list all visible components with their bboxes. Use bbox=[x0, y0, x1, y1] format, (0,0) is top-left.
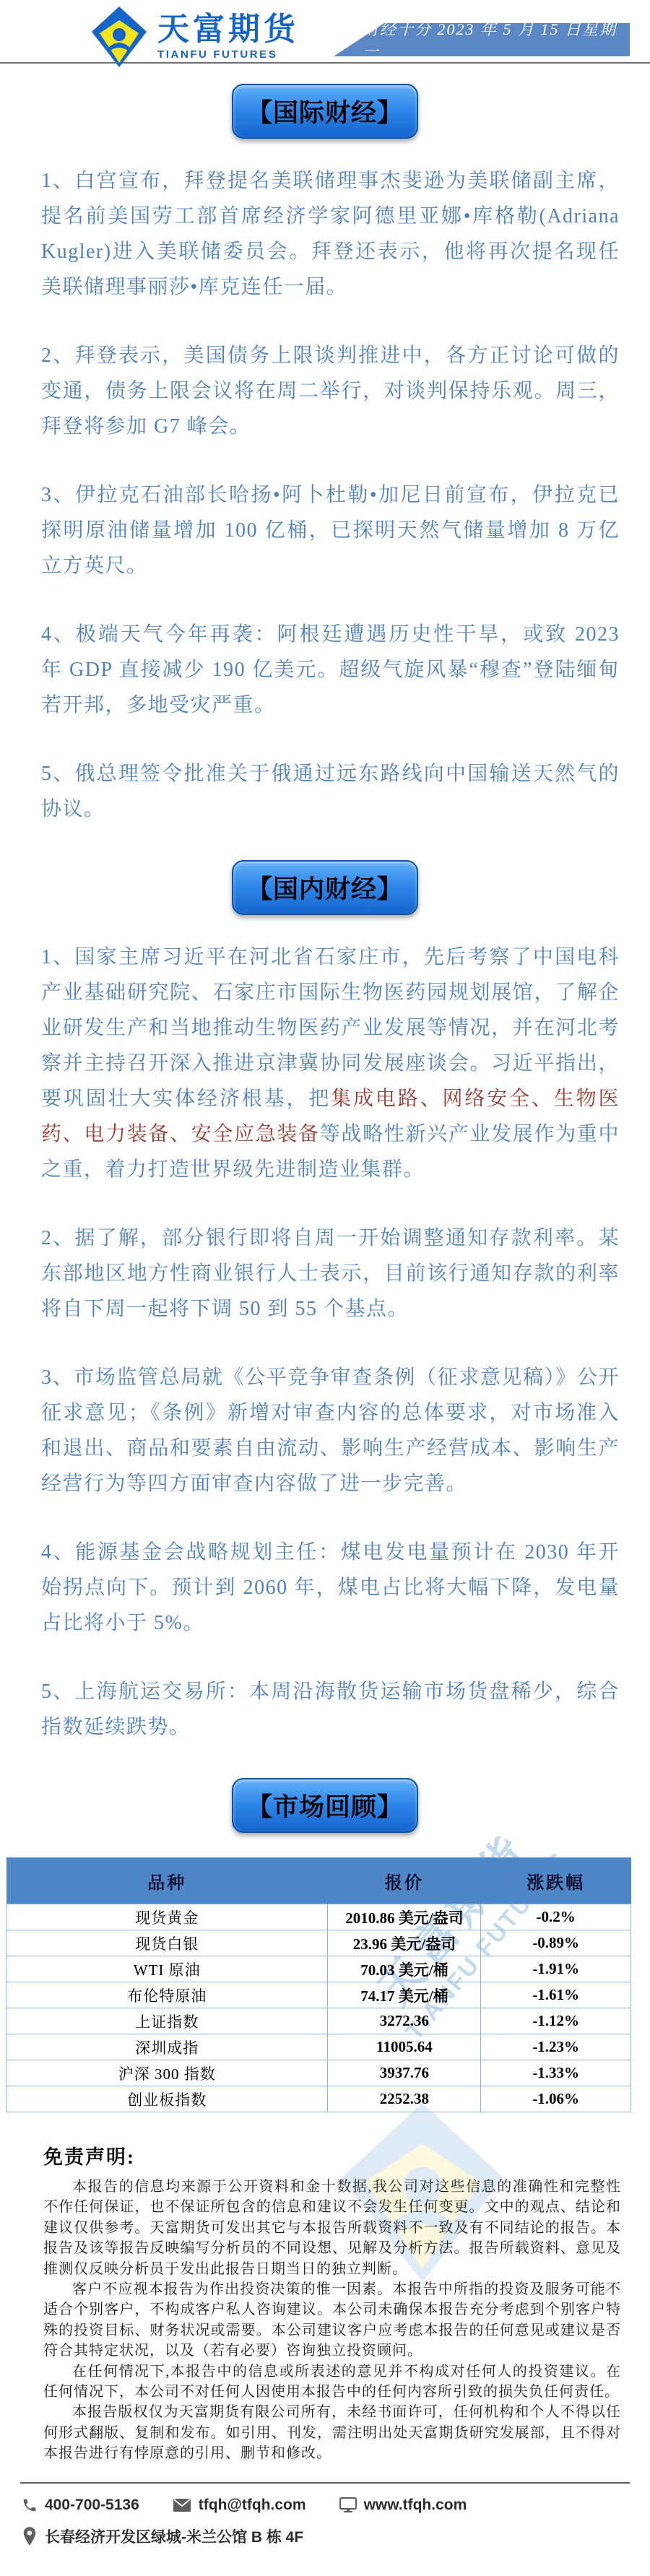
date-banner-text: 财经十分 2023 年 5 月 15 日星期一 bbox=[334, 17, 630, 62]
cell-variety: WTI 原油 bbox=[6, 1956, 328, 1982]
logo-name-en: TIANFU FUTURES bbox=[157, 48, 299, 61]
logo-name-cn: 天富期货 bbox=[157, 13, 299, 46]
financial-daily-report: { "header": { "logo_cn": "天富期货", "logo_e… bbox=[0, 0, 650, 2576]
disclaimer-paragraph: 本报告版权仅为天富期货有限公司所有，未经书面许可，任何机构和个人不得以任何形式翻… bbox=[43, 2402, 621, 2463]
phone-number: 400-700-5136 bbox=[45, 2497, 139, 2514]
table-row: 沪深 300 指数3937.76-1.33% bbox=[6, 2060, 631, 2086]
disclaimer-paragraphs: 本报告的信息均来源于公开资料和金十数据,我公司对这些信息的准确性和完整性不作任何… bbox=[43, 2177, 621, 2463]
phone-icon bbox=[22, 2497, 38, 2513]
cell-change: -1.23% bbox=[481, 2034, 631, 2060]
company-logo: 天富期货 TIANFU FUTURES bbox=[91, 6, 299, 68]
website-url: www.tfqh.com bbox=[364, 2497, 467, 2514]
table-row: WTI 原油70.03 美元/桶-1.91% bbox=[6, 1956, 631, 1982]
contact-block: 400-700-5136 tfqh@tfqh.com www.tfqh.com bbox=[0, 2484, 650, 2547]
disclaimer-title: 免责声明: bbox=[43, 2141, 621, 2169]
cell-variety: 现货黄金 bbox=[6, 1904, 328, 1930]
cell-change: -1.91% bbox=[481, 1956, 631, 1982]
news-paragraph: 4、能源基金会战略规划主任：煤电发电量预计在 2030 年开始拐点向下。预计到 … bbox=[41, 1535, 620, 1641]
section-title-market-review[interactable]: 【市场回顾】 bbox=[232, 1778, 418, 1833]
cell-variety: 深圳成指 bbox=[6, 2034, 328, 2060]
contact-row-main: 400-700-5136 tfqh@tfqh.com www.tfqh.com bbox=[22, 2497, 650, 2514]
phone-item: 400-700-5136 bbox=[22, 2497, 139, 2514]
table-row: 上证指数3272.36-1.12% bbox=[6, 2008, 631, 2034]
disclaimer-paragraph: 客户不应视本报告为作出投资决策的惟一因素。本报告中所指的投资及服务可能不适合个别… bbox=[43, 2279, 621, 2362]
cell-change: -1.61% bbox=[481, 1982, 631, 2008]
date-banner: 财经十分 2023 年 5 月 15 日星期一 bbox=[334, 23, 630, 56]
market-table-body: 现货黄金2010.86 美元/盎司-0.2%现货白银23.96 美元/盎司-0.… bbox=[6, 1904, 631, 2112]
envelope-icon bbox=[173, 2498, 191, 2512]
table-row: 创业板指数2252.38-1.06% bbox=[6, 2086, 631, 2112]
cell-change: -0.89% bbox=[481, 1930, 631, 1956]
table-header-row: 品种 报价 涨跌幅 bbox=[6, 1857, 631, 1904]
news-paragraph: 3、伊拉克石油部长哈扬•阿卜杜勒•加尼日前宣布，伊拉克已探明原油储量增加 100… bbox=[41, 477, 620, 584]
disclaimer-paragraph: 本报告的信息均来源于公开资料和金十数据,我公司对这些信息的准确性和完整性不作任何… bbox=[43, 2177, 621, 2279]
cell-quote: 74.17 美元/桶 bbox=[328, 1982, 481, 2008]
news-paragraph: 2、据了解，部分银行即将自周一开始调整通知存款利率。某东部地区地方性商业银行人士… bbox=[41, 1220, 620, 1327]
news-paragraph: 1、白宫宣布，拜登提名美联储理事杰斐逊为美联储副主席，提名前美国劳工部首席经济学… bbox=[41, 163, 620, 305]
email-item[interactable]: tfqh@tfqh.com bbox=[173, 2497, 306, 2514]
cell-quote: 3272.36 bbox=[328, 2008, 481, 2034]
tianfu-diamond-logo-icon bbox=[91, 6, 147, 68]
section-title-label: 【国际财经】 bbox=[247, 93, 403, 129]
international-news-list: 1、白宫宣布，拜登提名美联储理事杰斐逊为美联储副主席，提名前美国劳工部首席经济学… bbox=[0, 163, 650, 827]
website-item[interactable]: www.tfqh.com bbox=[339, 2497, 467, 2514]
cell-quote: 23.96 美元/盎司 bbox=[328, 1930, 481, 1956]
cell-variety: 上证指数 bbox=[6, 2008, 328, 2034]
table-row: 现货黄金2010.86 美元/盎司-0.2% bbox=[6, 1904, 631, 1930]
page-header: 天富期货 TIANFU FUTURES 财经十分 2023 年 5 月 15 日… bbox=[0, 0, 650, 62]
cell-change: -1.06% bbox=[481, 2086, 631, 2112]
cell-change: -0.2% bbox=[481, 1904, 631, 1930]
cell-quote: 70.03 美元/桶 bbox=[328, 1956, 481, 1982]
table-row: 布伦特原油74.17 美元/桶-1.61% bbox=[6, 1982, 631, 2008]
disclaimer-paragraph: 在任何情况下,本报告中的信息或所表述的意见并不构成对任何人的投资建议。在任何情况… bbox=[43, 2362, 621, 2403]
cell-variety: 创业板指数 bbox=[6, 2086, 328, 2112]
news-paragraph: 4、极端天气今年再袭：阿根廷遭遇历史性干旱，或致 2023 年 GDP 直接减少… bbox=[41, 617, 620, 723]
disclaimer-section: 免责声明: 本报告的信息均来源于公开资料和金十数据,我公司对这些信息的准确性和完… bbox=[43, 2141, 621, 2463]
news-paragraph: 5、上海航运交易所：本周沿海散货运输市场货盘稀少，综合指数延续跌势。 bbox=[41, 1674, 620, 1745]
email-address: tfqh@tfqh.com bbox=[199, 2497, 306, 2514]
col-header-variety: 品种 bbox=[6, 1857, 328, 1904]
cell-change: -1.12% bbox=[481, 2008, 631, 2034]
section-title-domestic[interactable]: 【国内财经】 bbox=[232, 860, 418, 915]
table-row: 深圳成指11005.64-1.23% bbox=[6, 2034, 631, 2060]
contact-row-address: 长春经济开发区绿城-米兰公馆 B 栋 4F bbox=[22, 2525, 650, 2547]
cell-variety: 现货白银 bbox=[6, 1930, 328, 1956]
section-title-label: 【市场回顾】 bbox=[247, 1787, 403, 1823]
cell-quote: 3937.76 bbox=[328, 2060, 481, 2086]
col-header-quote: 报价 bbox=[328, 1857, 481, 1904]
cell-quote: 11005.64 bbox=[328, 2034, 481, 2060]
domestic-news-list: 1、国家主席习近平在河北省石家庄市，先后考察了中国电科产业基础研究院、石家庄市国… bbox=[0, 940, 650, 1745]
col-header-change: 涨跌幅 bbox=[481, 1857, 631, 1904]
cell-quote: 2252.38 bbox=[328, 2086, 481, 2112]
monitor-icon bbox=[339, 2497, 357, 2513]
news-paragraph: 5、俄总理签令批准关于俄通过远东路线向中国输送天然气的协议。 bbox=[41, 756, 620, 827]
page-footer: 400-700-5136 tfqh@tfqh.com www.tfqh.com bbox=[0, 2482, 650, 2576]
table-row: 现货白银23.96 美元/盎司-0.89% bbox=[6, 1930, 631, 1956]
news-paragraph: 1、国家主席习近平在河北省石家庄市，先后考察了中国电科产业基础研究院、石家庄市国… bbox=[41, 940, 620, 1187]
cell-variety: 沪深 300 指数 bbox=[6, 2060, 328, 2086]
address-text: 长春经济开发区绿城-米兰公馆 B 栋 4F bbox=[45, 2525, 303, 2547]
cell-quote: 2010.86 美元/盎司 bbox=[328, 1904, 481, 1930]
news-paragraph: 3、市场监管总局就《公平竞争审查条例（征求意见稿）》公开征求意见；《条例》新增对… bbox=[41, 1360, 620, 1501]
market-table-wrap: 天富期货 TIANFU FUTURES 品种 报价 涨跌幅 现货黄金2010.8… bbox=[0, 1857, 650, 2112]
market-review-table: 品种 报价 涨跌幅 现货黄金2010.86 美元/盎司-0.2%现货白银23.9… bbox=[6, 1857, 631, 2112]
cell-variety: 布伦特原油 bbox=[6, 1982, 328, 2008]
section-title-international[interactable]: 【国际财经】 bbox=[232, 84, 418, 139]
location-pin-icon bbox=[22, 2526, 38, 2546]
section-title-label: 【国内财经】 bbox=[247, 869, 403, 906]
cell-change: -1.33% bbox=[481, 2060, 631, 2086]
news-paragraph: 2、拜登表示，美国债务上限谈判推进中，各方正讨论可做的变通，债务上限会议将在周二… bbox=[41, 338, 620, 444]
address-item: 长春经济开发区绿城-米兰公馆 B 栋 4F bbox=[22, 2525, 303, 2547]
